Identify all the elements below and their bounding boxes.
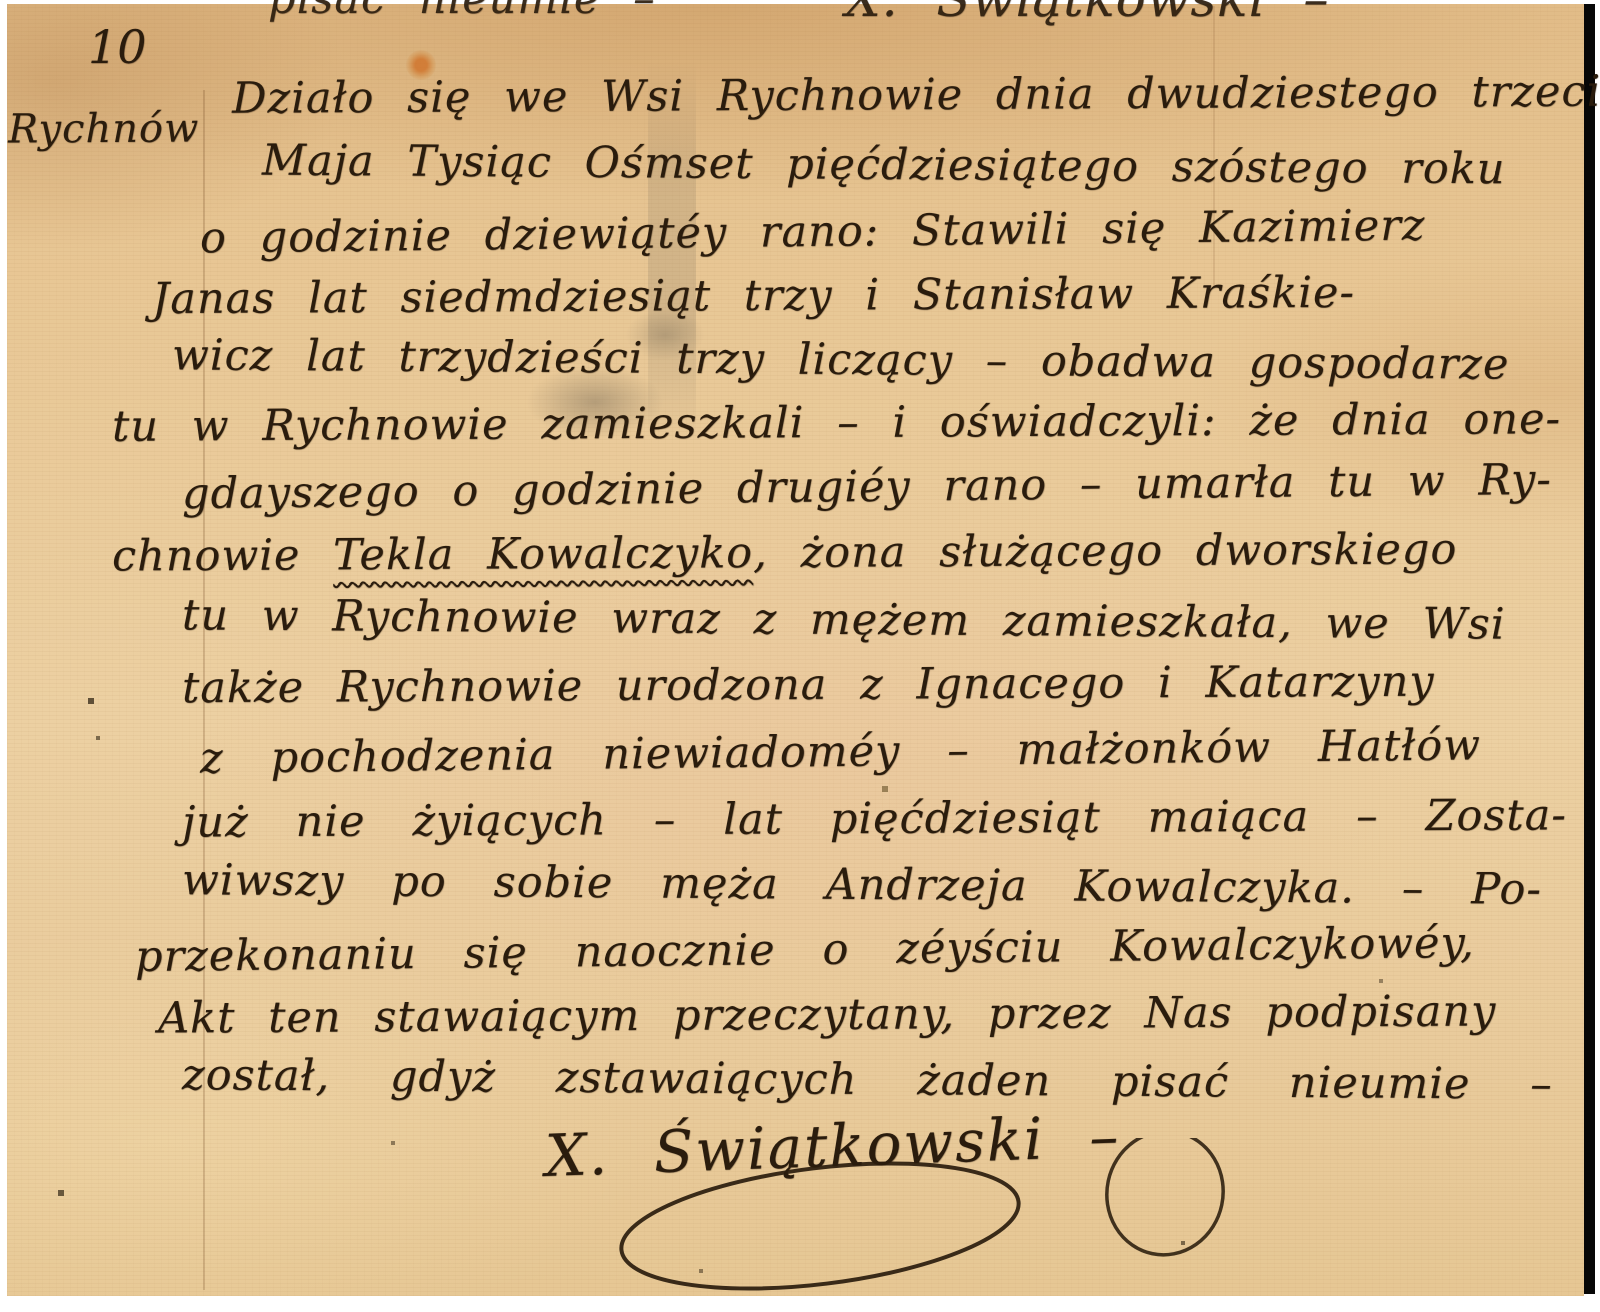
manuscript-line: wicz lat trzydzieści trzy liczący – obad…: [172, 330, 1510, 389]
manuscript-line: Janas lat siedmdziesiąt trzy i Stanisław…: [152, 268, 1355, 324]
scanned-document-page: pisać nieumie – X. Świątkowski – 10 Rych…: [0, 0, 1600, 1312]
record-number: 10: [88, 20, 147, 74]
manuscript-line: tu w Rychnowie wraz z mężem zamieszkała,…: [182, 590, 1506, 649]
manuscript-line: już nie żyiących – lat pięćdziesiąt maią…: [182, 790, 1567, 847]
scan-edge: [1584, 4, 1595, 1294]
previous-record-signature: X. Świątkowski –: [845, 0, 1329, 28]
manuscript-line-fragment: , żona służącego dworskiego: [753, 524, 1457, 578]
manuscript-line: tu w Rychnowie zamieszkali – i oświadczy…: [112, 394, 1561, 452]
manuscript-line: został, gdyż zstawaiących żaden pisać ni…: [182, 1050, 1553, 1110]
margin-place-name: Rychnów: [8, 105, 200, 152]
manuscript-line: chnowie Tekla Kowalczyko, żona służącego…: [112, 524, 1458, 581]
paper-specks: [0, 0, 2, 2]
manuscript-line: także Rychnowie urodzona z Ignacego i Ka…: [182, 657, 1435, 714]
previous-record-fragment: pisać nieumie –: [268, 0, 656, 24]
manuscript-line-fragment: chnowie: [112, 530, 333, 581]
manuscript-line: wiwszy po sobie męża Andrzeja Kowalczyka…: [182, 855, 1542, 914]
signature-flourish: [540, 1138, 1280, 1308]
manuscript-line: Działo się we Wsi Rychnowie dnia dwudzie…: [232, 66, 1600, 124]
deceased-name-underlined: Tekla Kowalczyko: [333, 528, 753, 580]
manuscript-line: Maja Tysiąc Ośmset pięćdziesiątego szóst…: [262, 136, 1506, 195]
manuscript-line: Akt ten stawaiącym przeczytany, przez Na…: [158, 986, 1497, 1043]
